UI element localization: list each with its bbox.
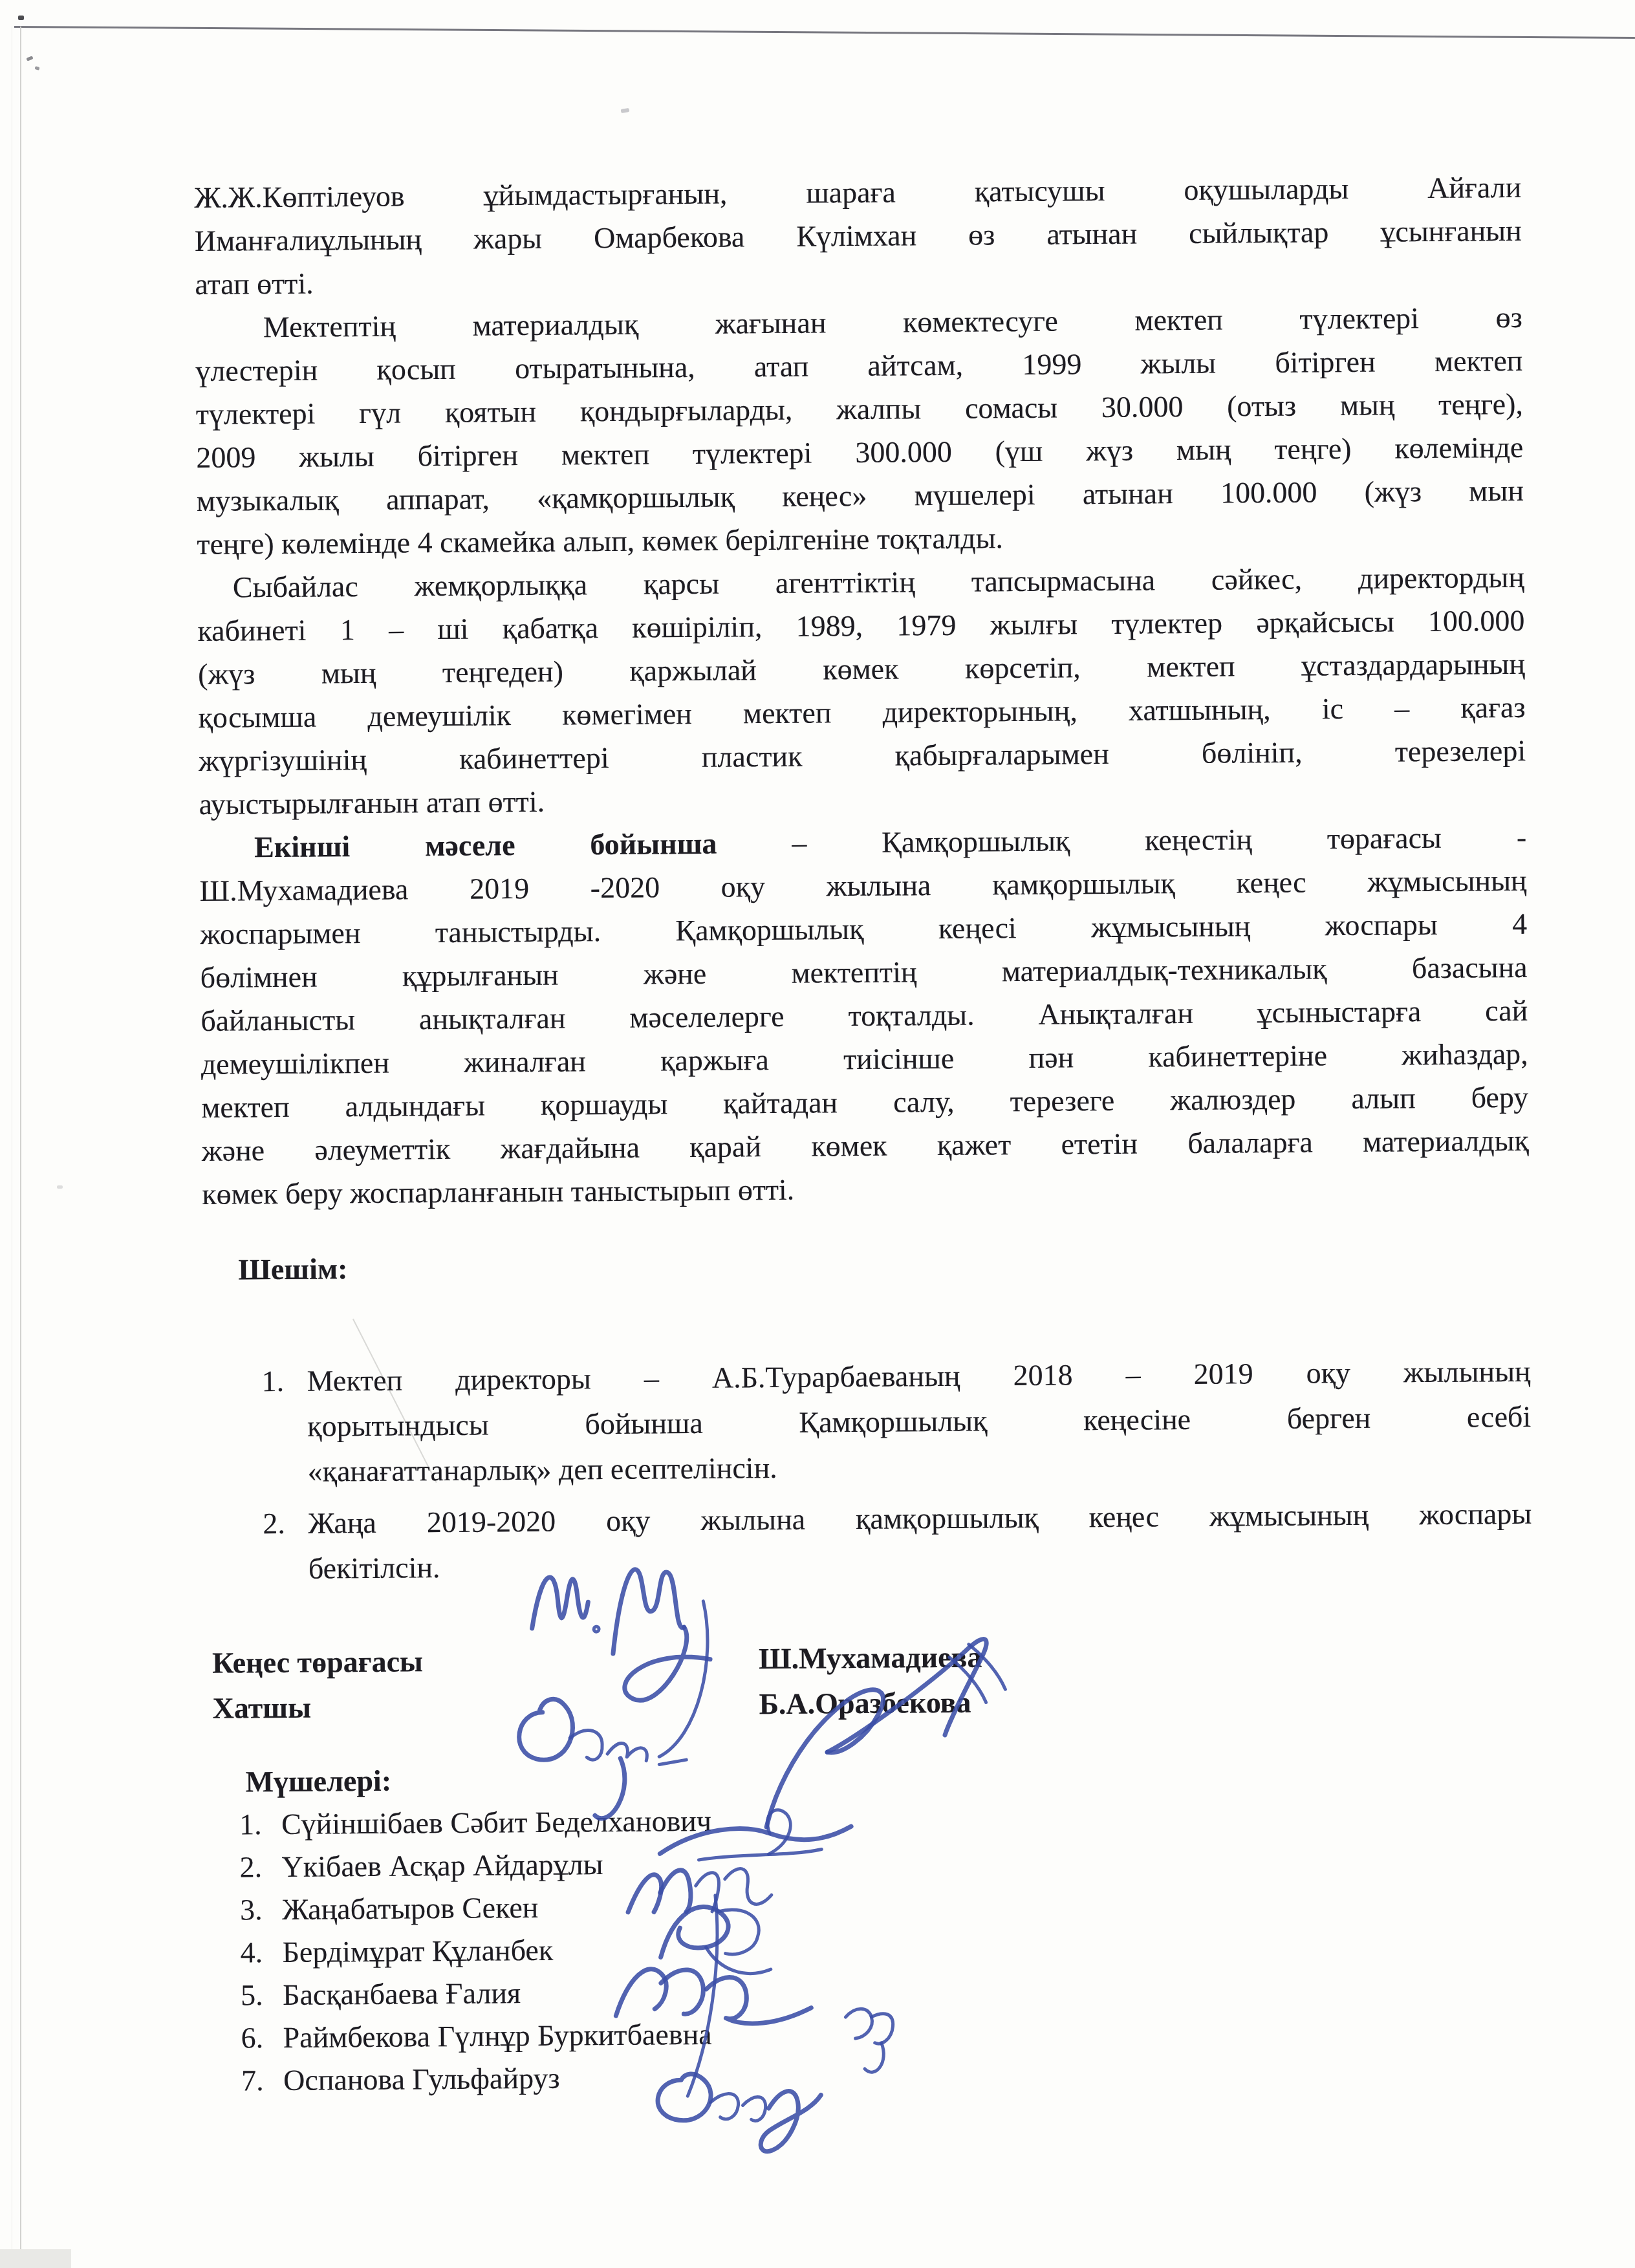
paragraph: Сыбайлас жемқорлыққа қарсы агенттіктің т… [197,556,1526,826]
decision-item: Мектеп директоры – А.Б.Турарбаеваның 201… [203,1349,1532,1495]
signature-role-label: Кеңес төрағасы [212,1645,423,1679]
decision-item-line: Жаңа 2019-2020 оқу жылына қамқоршылық ке… [308,1491,1532,1546]
scan-speck [26,56,33,61]
paragraph: Ж.Ж.Көптілеуов ұйымдастырғанын, шараға қ… [194,166,1522,306]
scan-smudge [0,2249,71,2268]
paper-left-edge [20,27,21,2268]
signature-row: ХатшыБ.А.Оразбекова [206,1676,1533,1731]
scan-speck [57,1185,63,1189]
scan-speck [34,66,39,70]
scan-speck [18,16,24,20]
paper-top-edge [14,26,1635,39]
decision-heading: Шешім: [202,1238,1530,1291]
decision-item-line: қорытындысы бойынша Қамқоршылық кеңесіне… [307,1394,1531,1449]
signature-role-name: Б.А.Оразбекова [759,1680,971,1727]
document-content: Ж.Ж.Көптілеуов ұйымдастырғанын, шараға қ… [194,166,1536,2102]
paper-left-edge-shadow [12,27,12,2268]
scan-speck [621,108,630,113]
members-section: Мүшелері: Сүйіншібаев Сәбит Беделханович… [206,1750,1536,2102]
members-list: Сүйіншібаев Сәбит БеделхановичҮкібаев Ас… [207,1793,1537,2102]
signature-role-label: Хатшы [212,1691,311,1725]
decision-list: Мектеп директоры – А.Б.Турарбаеваның 201… [203,1349,1532,1592]
body-paragraphs: Ж.Ж.Көптілеуов ұйымдастырғанын, шараға қ… [194,166,1530,1216]
scanned-document-page: Ж.Ж.Көптілеуов ұйымдастырғанын, шараға қ… [0,0,1635,2268]
paragraph: Мектептің материалдық жағынан көмектесуг… [195,296,1524,566]
signature-block: Кеңес төрағасыШ.МухамадиеваХатшыБ.А.Ораз… [206,1630,1533,1731]
decision-item-line: «қанағаттанарлық» деп есептелінсін. [307,1440,1531,1495]
paragraph: Екінші мәселе бойынша – Қамқоршылық кеңе… [199,815,1530,1216]
decision-item-line: бекітілсін. [309,1537,1532,1592]
signature-role-name: Ш.Мухамадиева [759,1635,982,1682]
bold-lead-text: Екінші мәселе бойынша [254,827,717,864]
decision-item: Жаңа 2019-2020 оқу жылына қамқоршылық ке… [204,1491,1532,1592]
